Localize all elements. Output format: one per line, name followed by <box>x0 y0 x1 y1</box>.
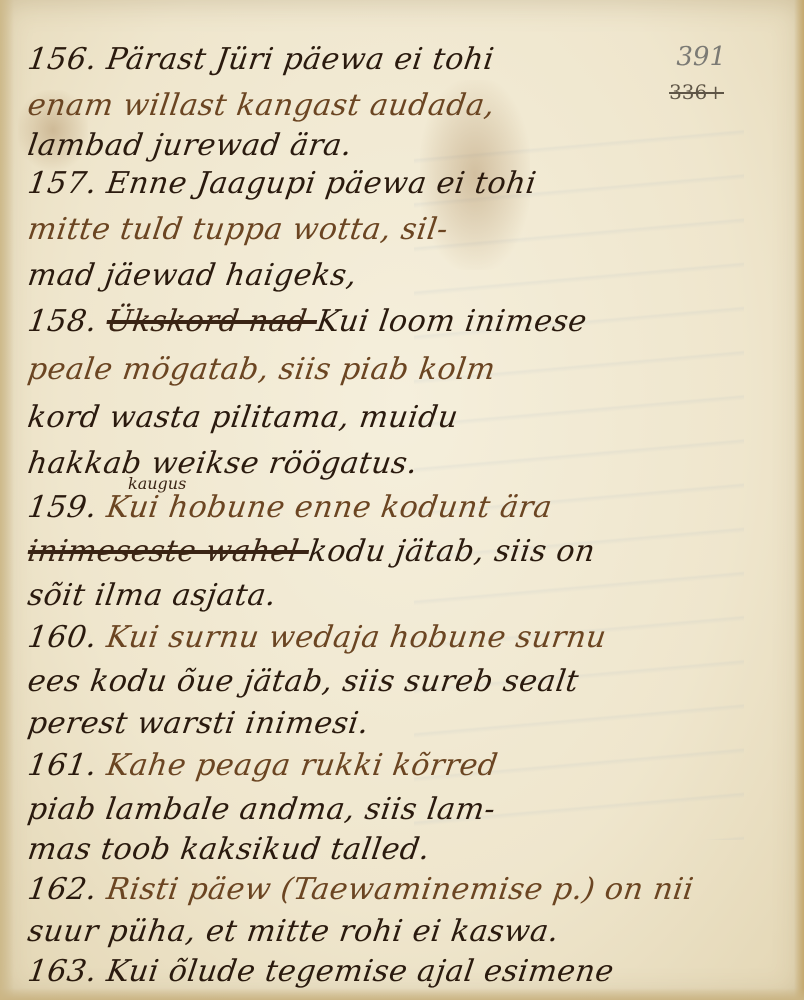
line-text: ees kodu õue jätab, siis sureb sealt <box>26 664 581 699</box>
entry-number: 161. <box>26 748 100 783</box>
line-text: peale mögatab, siis piab kolm <box>26 352 498 387</box>
entry-number: 156. <box>26 42 100 77</box>
line-text: kord wasta pilitama, muidu <box>26 400 461 435</box>
line-text: lambad jurewad ära. <box>26 128 355 163</box>
entry-number: 162. <box>26 872 100 907</box>
line-text: perest warsti inimesi. <box>26 706 372 741</box>
page-edge-bottom <box>0 988 804 1000</box>
line-text: mitte tuld tuppa wotta, sil- <box>26 212 451 247</box>
line-text: enam willast kangast audada, <box>26 88 498 123</box>
struck-through-text: Ükskord nad <box>104 304 319 339</box>
line-text: kodu jätab, siis on <box>306 534 597 569</box>
manuscript-line: 157.Enne Jaagupi päewa ei tohi <box>26 166 539 201</box>
line-text: Kui õlude tegemise ajal esimene <box>104 954 616 989</box>
line-text: mad jäewad haigeks, <box>26 258 360 293</box>
page-edge-left <box>0 0 14 1000</box>
entry-number: 158. <box>26 304 100 339</box>
line-text: piab lambale andma, siis lam- <box>26 792 498 827</box>
manuscript-line: suur püha, et mitte rohi ei kaswa. <box>26 914 562 949</box>
manuscript-line: 158.Ükskord nad Kui loom inimese <box>26 304 590 339</box>
line-text: suur püha, et mitte rohi ei kaswa. <box>26 914 562 949</box>
manuscript-line: 161.Kahe peaga rukki kõrred <box>26 748 501 783</box>
manuscript-line: perest warsti inimesi. <box>26 706 372 741</box>
entry-number: 157. <box>26 166 100 201</box>
manuscript-line: 162.Risti päew (Taewaminemise p.) on nii <box>26 872 696 907</box>
entry-number: 163. <box>26 954 100 989</box>
interlinear-insertion: kaugus <box>128 474 186 493</box>
entry-number: 159. <box>26 490 100 525</box>
entry-number: 160. <box>26 620 100 655</box>
manuscript-line: piab lambale andma, siis lam- <box>26 792 498 827</box>
manuscript-line: ees kodu õue jätab, siis sureb sealt <box>26 664 581 699</box>
manuscript-line: peale mögatab, siis piab kolm <box>26 352 498 387</box>
manuscript-line: enam willast kangast audada, <box>26 88 498 123</box>
manuscript-line: hakkab weikse röögatus. <box>26 446 420 481</box>
page-edge-right <box>794 0 804 1000</box>
manuscript-line: 163.Kui õlude tegemise ajal esimene <box>26 954 617 989</box>
manuscript-line: lambad jurewad ära. <box>26 128 355 163</box>
struck-through-text: inimeseste wahel <box>26 534 312 569</box>
manuscript-page: 391 336+ 156.Pärast Jüri päewa ei tohien… <box>0 0 804 1000</box>
line-text: Kui loom inimese <box>314 304 589 339</box>
manuscript-line: 160.Kui surnu wedaja hobune surnu <box>26 620 609 655</box>
line-text: Risti päew (Taewaminemise p.) on nii <box>104 872 696 907</box>
line-text: mas toob kaksikud talled. <box>26 832 433 867</box>
line-text: Kahe peaga rukki kõrred <box>104 748 500 783</box>
manuscript-line: mitte tuld tuppa wotta, sil- <box>26 212 451 247</box>
manuscript-line: inimeseste wahel kodu jätab, siis on <box>26 534 598 569</box>
line-text: Pärast Jüri päewa ei tohi <box>104 42 496 77</box>
manuscript-line: mad jäewad haigeks, <box>26 258 360 293</box>
line-text: Kui hobune enne kodunt ära <box>104 490 554 525</box>
manuscript-line: sõit ilma asjata. <box>26 578 279 613</box>
manuscript-line: kord wasta pilitama, muidu <box>26 400 461 435</box>
line-text: Kui surnu wedaja hobune surnu <box>104 620 608 655</box>
line-text: sõit ilma asjata. <box>26 578 279 613</box>
manuscript-line: 156.Pärast Jüri päewa ei tohi <box>26 42 497 77</box>
line-text: hakkab weikse röögatus. <box>26 446 420 481</box>
manuscript-line: mas toob kaksikud talled. <box>26 832 433 867</box>
old-folio-number-struck: 336+ <box>669 80 724 104</box>
folio-number: 391 <box>676 42 726 72</box>
manuscript-line: 159.Kui hobune enne kodunt ära <box>26 490 555 525</box>
line-text: Enne Jaagupi päewa ei tohi <box>104 166 538 201</box>
